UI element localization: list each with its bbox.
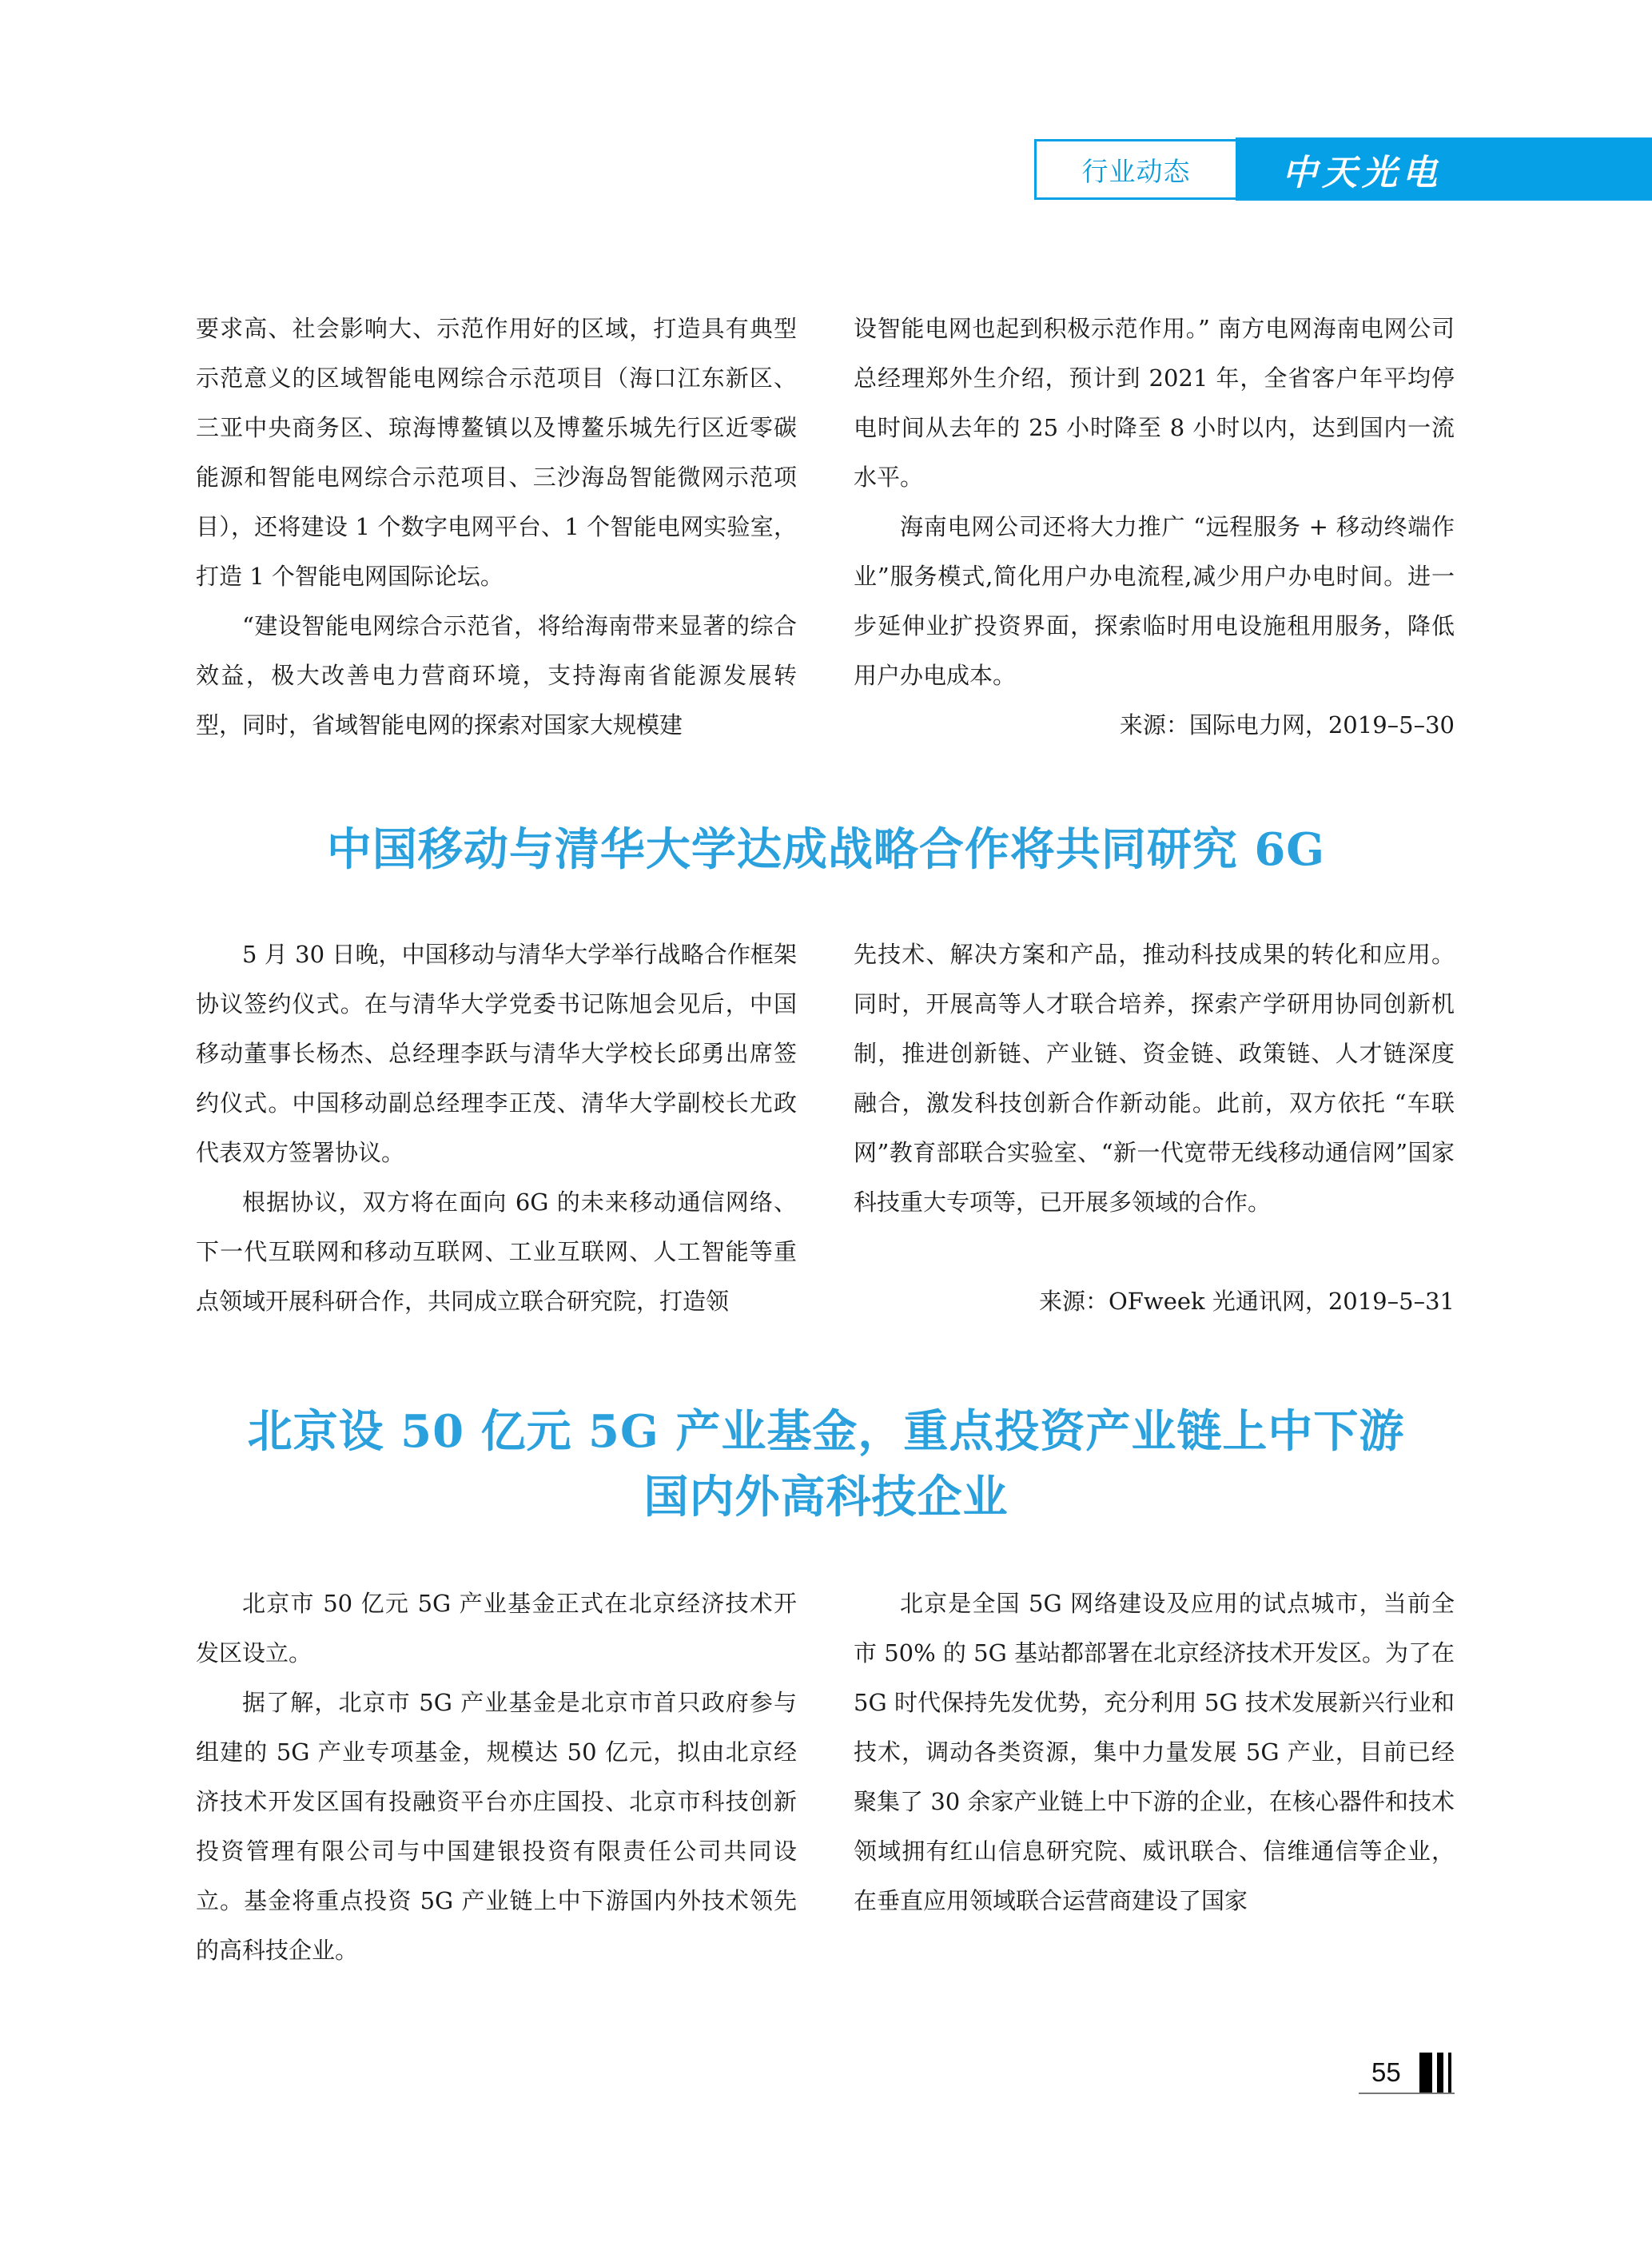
article3-right-column: 北京是全国 5G 网络建设及应用的试点城市，当前全市 50% 的 5G 基站都部… [854,1579,1455,1925]
article-source: 来源：国际电力网，2019–5–30 [854,700,1455,750]
paragraph: 设智能电网也起到积极示范作用。” 南方电网海南电网公司总经理郑外生介绍，预计到 … [854,304,1455,502]
page-number-block: 55 [1359,2053,1455,2094]
paragraph: 先技术、解决方案和产品，推动科技成果的转化和应用。同时，开展高等人才联合培养，探… [854,930,1455,1227]
article2-right-column: 先技术、解决方案和产品，推动科技成果的转化和应用。同时，开展高等人才联合培养，探… [854,930,1455,1326]
paragraph: 北京市 50 亿元 5G 产业基金正式在北京经济技术开发区设立。 [196,1579,797,1678]
page-marker-bar [1448,2053,1451,2093]
article2-title: 中国移动与清华大学达成战略合作将共同研究 6G [0,817,1652,882]
brand-logo-text: 中天光电 [1282,144,1442,195]
article1-left-column: 要求高、社会影响大、示范作用好的区域，打造具有典型示范意义的区域智能电网综合示范… [196,304,797,750]
page-marker-bar [1419,2053,1432,2093]
section-label: 行业动态 [1034,139,1236,200]
paragraph: 根据协议，双方将在面向 6G 的未来移动通信网络、下一代互联网和移动互联网、工业… [196,1177,797,1326]
article-source: 来源：OFweek 光通讯网，2019–5–31 [854,1276,1455,1326]
page-marker-bar [1437,2053,1443,2093]
brand-bar: 中天光电 [1236,137,1652,201]
section-label-text: 行业动态 [1082,151,1191,189]
article1-right-column: 设智能电网也起到积极示范作用。” 南方电网海南电网公司总经理郑外生介绍，预计到 … [854,304,1455,750]
paragraph: “建设智能电网综合示范省，将给海南带来显著的综合效益，极大改善电力营商环境，支持… [196,601,797,750]
paragraph: 海南电网公司还将大力推广 “远程服务 + 移动终端作业”服务模式,简化用户办电流… [854,502,1455,700]
paragraph: 据了解，北京市 5G 产业基金是北京市首只政府参与组建的 5G 产业专项基金，规… [196,1678,797,1975]
paragraph: 5 月 30 日晚，中国移动与清华大学举行战略合作框架协议签约仪式。在与清华大学… [196,930,797,1177]
article3-title-line2: 国内外高科技企业 [0,1464,1652,1530]
article3-left-column: 北京市 50 亿元 5G 产业基金正式在北京经济技术开发区设立。 据了解，北京市… [196,1579,797,1975]
article3-title-line1: 北京设 50 亿元 5G 产业基金，重点投资产业链上中下游 [0,1399,1652,1464]
article2-left-column: 5 月 30 日晚，中国移动与清华大学举行战略合作框架协议签约仪式。在与清华大学… [196,930,797,1326]
paragraph: 要求高、社会影响大、示范作用好的区域，打造具有典型示范意义的区域智能电网综合示范… [196,304,797,601]
paragraph: 北京是全国 5G 网络建设及应用的试点城市，当前全市 50% 的 5G 基站都部… [854,1579,1455,1925]
page-number: 55 [1371,2057,1401,2088]
